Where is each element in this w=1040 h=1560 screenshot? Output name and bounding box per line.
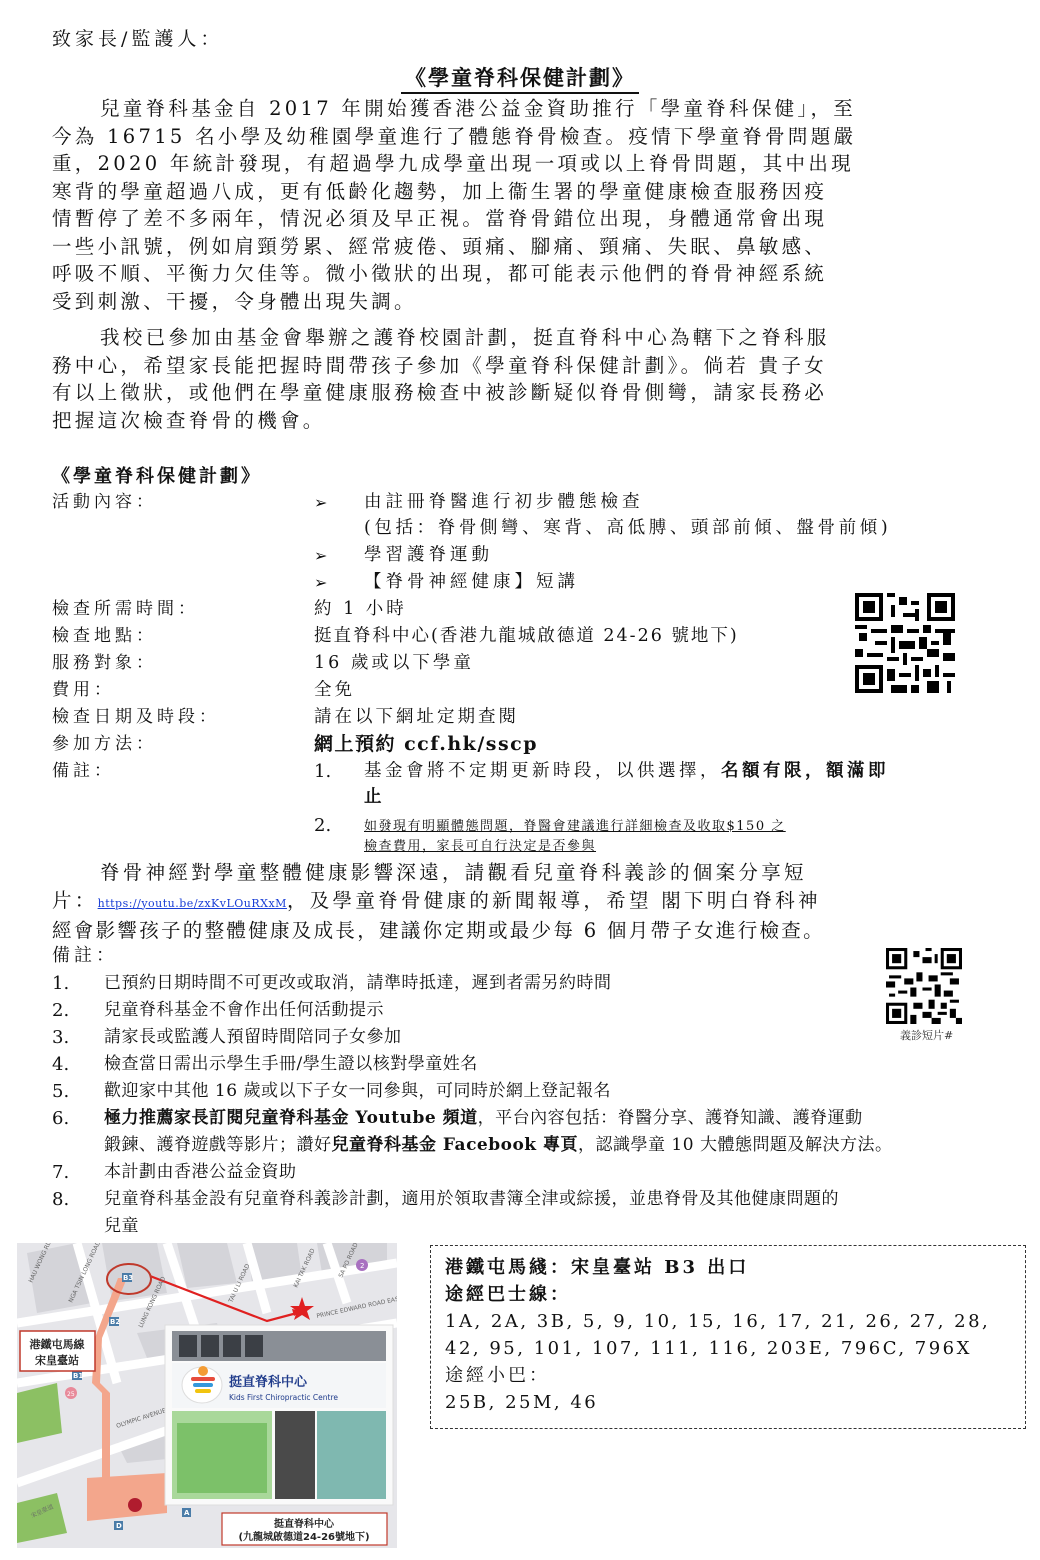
duration-label: 檢查所需時間： — [52, 596, 199, 623]
arrow-bullet-icon: ➢ — [314, 489, 327, 516]
intro-paragraph: 兒童脊科基金自 2017 年開始獲香港公益金資助推行「學童脊科保健」，至 今為 … — [52, 95, 972, 315]
remark-item: 本計劃由香港公益金資助 — [104, 1159, 297, 1186]
minibus-routes: 25B, 25M, 46 — [445, 1389, 1011, 1416]
bus-routes-line-1: 1A, 2A, 3B, 5, 9, 10, 15, 16, 17, 21, 26… — [445, 1308, 1011, 1335]
remark-number: 7. — [52, 1159, 69, 1186]
remark-number: 6. — [52, 1105, 69, 1132]
fee-value: 全免 — [314, 677, 355, 704]
video-qr-code[interactable] — [886, 948, 962, 1024]
video-link[interactable]: https://youtu.be/zxKvLOuRXxM — [98, 897, 287, 910]
schedule-value: 請在以下網址定期查閱 — [314, 704, 519, 731]
note-2-line-1: 如發現有明顯體態問題，脊醫會建議進行詳細檢查及收取$150 之 — [364, 816, 786, 837]
activity-item: 由註冊脊醫進行初步體態檢查 — [364, 489, 644, 516]
remark-number: 1. — [52, 970, 69, 997]
video-paragraph: 脊骨神經對學童整體健康影響深遠，請觀看兒童脊科義診的個案分享短 片：https:… — [52, 859, 972, 945]
svg-text:挺直脊科中心: 挺直脊科中心 — [273, 1517, 335, 1530]
qr-code-icon — [886, 948, 962, 1024]
remark-number: 5. — [52, 1078, 69, 1105]
transport-info-box: 港鐵屯馬綫：宋皇臺站 B3 出口 途經巴士線： 1A, 2A, 3B, 5, 9… — [430, 1245, 1026, 1429]
svg-text:B3: B3 — [123, 1274, 133, 1282]
video-qr-caption: 義診短片# — [900, 1027, 953, 1043]
qr-code-icon — [854, 593, 956, 693]
remark-number: 4. — [52, 1051, 69, 1078]
location-label: 檢查地點： — [52, 623, 157, 650]
svg-text:25: 25 — [67, 1391, 75, 1398]
remark-item: 兒童脊科基金設有兒童脊科義診計劃，適用於領取書簿全津或綜援，並患脊骨及其他健康問… — [104, 1186, 839, 1213]
booking-qr-code[interactable] — [854, 593, 956, 693]
arrow-bullet-icon: ➢ — [314, 542, 327, 569]
activity-item-detail: (包括：脊骨側彎、寒背、高低膊、頭部前傾、盤骨前傾) — [364, 515, 891, 542]
arrow-bullet-icon: ➢ — [314, 569, 327, 596]
map-illustration: B3 B2 B1 A D 25 2 HAU WONG RD NGA TSIN L… — [17, 1243, 397, 1548]
remark-number: 3. — [52, 1024, 69, 1051]
note-1-continued: 止 — [364, 784, 385, 811]
svg-text:宋皇臺站: 宋皇臺站 — [35, 1353, 79, 1367]
notes-label: 備註： — [52, 758, 115, 785]
svg-text:港鐵屯馬線: 港鐵屯馬線 — [30, 1337, 85, 1351]
remark-item: 請家長或監護人預留時間陪同子女參加 — [104, 1024, 402, 1051]
location-map: B3 B2 B1 A D 25 2 HAU WONG RD NGA TSIN L… — [17, 1243, 397, 1548]
note-2-line-2: 檢查費用，家長可自行決定是否參與 — [364, 836, 596, 857]
remark-item-continued: 鍛鍊、護脊遊戲等影片；讚好兒童脊科基金 Facebook 專頁，認識學童 10 … — [104, 1132, 892, 1159]
remark-number: 2. — [52, 997, 69, 1024]
svg-text:(九龍城啟德道24-26號地下): (九龍城啟德道24-26號地下) — [238, 1530, 369, 1543]
remarks-label: 備註： — [52, 942, 118, 969]
page-title: 《學童脊科保健計劃》 — [0, 62, 1040, 92]
location-value: 挺直脊科中心(香港九龍城啟德道 24-26 號地下) — [314, 623, 739, 650]
fee-label: 費用： — [52, 677, 115, 704]
activity-item: 學習護脊運動 — [364, 542, 493, 569]
remark-item: 歡迎家中其他 16 歲或以下子女一同參與，可同時於網上登記報名 — [104, 1078, 611, 1105]
signup-link[interactable]: 網上預約 ccf.hk/sscp — [314, 731, 538, 758]
duration-value: 約 1 小時 — [314, 596, 407, 623]
svg-text:2: 2 — [360, 1262, 364, 1270]
minibus-label: 途經小巴： — [445, 1362, 1011, 1389]
svg-text:D: D — [116, 1522, 122, 1530]
remark-item: 兒童脊科基金不會作出任何活動提示 — [104, 997, 384, 1024]
remark-item: 檢查當日需出示學生手冊/學生證以核對學童姓名 — [104, 1051, 478, 1078]
note-1: 基金會將不定期更新時段，以供選擇，名額有限，額滿即 — [364, 758, 889, 785]
svg-text:B1: B1 — [73, 1372, 83, 1380]
program-section-title: 《學童脊科保健計劃》 — [52, 462, 262, 488]
bus-routes-line-2: 42, 95, 101, 107, 111, 116, 203E, 796C, … — [445, 1335, 1011, 1362]
note-number: 1. — [314, 758, 331, 785]
activity-item: 【脊骨神經健康】短講 — [364, 569, 579, 596]
svg-text:挺直脊科中心: 挺直脊科中心 — [229, 1374, 308, 1390]
remark-item: 極力推薦家長訂閱兒童脊科基金 Youtube 頻道，平台內容包括：脊醫分享、護脊… — [104, 1105, 863, 1132]
audience-value: 16 歲或以下學童 — [314, 650, 474, 677]
mtr-info: 港鐵屯馬綫：宋皇臺站 B3 出口 — [445, 1254, 1011, 1281]
remark-item: 已預約日期時間不可更改或取消，請準時抵達，遲到者需另約時間 — [104, 970, 612, 997]
activity-label: 活動內容： — [52, 489, 157, 516]
remark-number: 8. — [52, 1186, 69, 1213]
school-paragraph: 我校已參加由基金會舉辦之護脊校園計劃，挺直脊科中心為轄下之脊科服 務中心，希望家… — [52, 324, 972, 434]
svg-text:A: A — [184, 1509, 190, 1517]
schedule-label: 檢查日期及時段： — [52, 704, 220, 731]
note-number: 2. — [314, 812, 331, 839]
svg-text:Kids First Chiropractic Centre: Kids First Chiropractic Centre — [229, 1393, 338, 1402]
signup-label: 參加方法： — [52, 731, 157, 758]
audience-label: 服務對象： — [52, 650, 157, 677]
svg-text:B2: B2 — [110, 1318, 120, 1326]
greeting: 致家長/監護人： — [52, 24, 223, 51]
remark-item-continued: 兒童 — [104, 1213, 139, 1240]
bus-label: 途經巴士線： — [445, 1281, 1011, 1308]
